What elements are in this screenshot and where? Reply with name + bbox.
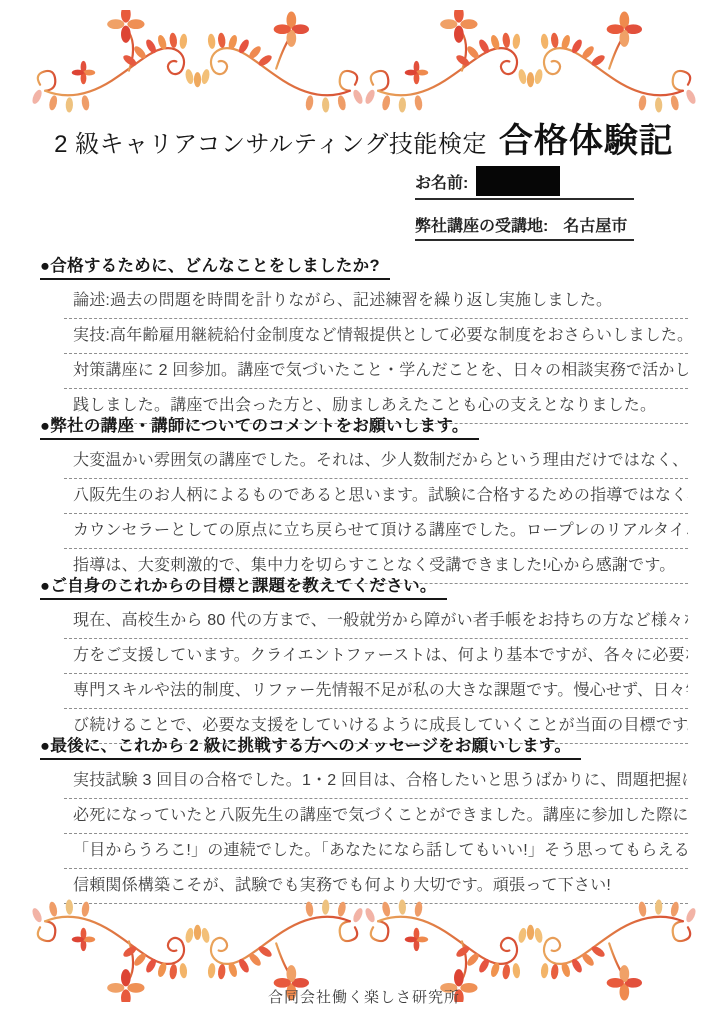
qa-section-4: ●最後に、これから 2 級に挑戦する方へのメッセージをお願いします。 実技試験 … — [40, 736, 688, 896]
qa-section-2: ●弊社の講座・講師についてのコメントをお願いします。 大変温かい雰囲気の講座でし… — [40, 416, 688, 576]
floral-border-top — [31, 10, 697, 115]
answer-line: 論述:過去の問題を時間を計りながら、記述練習を繰り返し実施しました。 — [64, 284, 688, 319]
location-label: 弊社講座の受講地: — [415, 213, 548, 236]
answer-line: 方をご支援しています。クライエントファーストは、何より基本ですが、各々に必要な — [64, 639, 688, 674]
name-field-row: お名前: — [415, 164, 634, 200]
name-label: お名前: — [415, 170, 468, 193]
floral-flourish-icon — [31, 10, 697, 115]
answer-line: カウンセラーとしての原点に立ち戻らせて頂ける講座でした。ロープレのリアルタイム — [64, 514, 688, 549]
qa-sections: ●合格するために、どんなことをしましたか? 論述:過去の問題を時間を計りながら、… — [40, 256, 688, 896]
redacted-name-box — [476, 166, 560, 196]
answer-line: 実技試験 3 回目の合格でした。1・2 回目は、合格したいと思うばかりに、問題把… — [64, 764, 688, 799]
answer-lines: 論述:過去の問題を時間を計りながら、記述練習を繰り返し実施しました。 実技:高年… — [64, 284, 688, 424]
answer-line: 現在、高校生から 80 代の方まで、一般就労から障がい者手帳をお持ちの方など様々… — [64, 604, 688, 639]
answer-line: 実技:高年齢雇用継続給付金制度など情報提供として必要な制度をおさらいしました。 — [64, 319, 688, 354]
location-value: 名古屋市 — [563, 213, 627, 236]
answer-lines: 現在、高校生から 80 代の方まで、一般就労から障がい者手帳をお持ちの方など様々… — [64, 604, 688, 744]
title-exam-name: 2 級キャリアコンサルティング技能検定 — [54, 131, 487, 158]
answer-lines: 大変温かい雰囲気の講座でした。それは、少人数制だからという理由だけではなく、 八… — [64, 444, 688, 584]
name-block: お名前: 弊社講座の受講地: 名古屋市 — [415, 164, 634, 241]
answer-line: 大変温かい雰囲気の講座でした。それは、少人数制だからという理由だけではなく、 — [64, 444, 688, 479]
question-heading: ●合格するために、どんなことをしましたか? — [40, 256, 390, 280]
qa-section-3: ●ご自身のこれからの目標と課題を教えてください。 現在、高校生から 80 代の方… — [40, 576, 688, 736]
footer-company-name: 合同会社働く楽しさ研究所 — [0, 986, 728, 1007]
answer-line: 「目からうろこ!」の連続でした。「あなたになら話してもいい!」そう思ってもらえる — [64, 834, 688, 869]
answer-line: 八阪先生のお人柄によるものであると思います。試験に合格するための指導ではなく、 — [64, 479, 688, 514]
qa-section-1: ●合格するために、どんなことをしましたか? 論述:過去の問題を時間を計りながら、… — [40, 256, 688, 416]
answer-line: 対策講座に 2 回参加。講座で気づいたこと・学んだことを、日々の相談実務で活かし… — [64, 354, 688, 389]
answer-line: 専門スキルや法的制度、リファー先情報不足が私の大きな課題です。慢心せず、日々学 — [64, 674, 688, 709]
answer-line: 必死になっていたと八阪先生の講座で気づくことができました。講座に参加した際には、 — [64, 799, 688, 834]
page-title: 2 級キャリアコンサルティング技能検定合格体験記 — [0, 113, 728, 162]
question-heading: ●最後に、これから 2 級に挑戦する方へのメッセージをお願いします。 — [40, 736, 581, 760]
title-report-name: 合格体験記 — [499, 122, 674, 160]
location-field-row: 弊社講座の受講地: 名古屋市 — [415, 209, 634, 241]
document-page: 2 級キャリアコンサルティング技能検定合格体験記 お名前: 弊社講座の受講地: … — [0, 0, 728, 1024]
question-heading: ●弊社の講座・講師についてのコメントをお願いします。 — [40, 416, 479, 440]
question-heading: ●ご自身のこれからの目標と課題を教えてください。 — [40, 576, 447, 600]
answer-lines: 実技試験 3 回目の合格でした。1・2 回目は、合格したいと思うばかりに、問題把… — [64, 764, 688, 904]
